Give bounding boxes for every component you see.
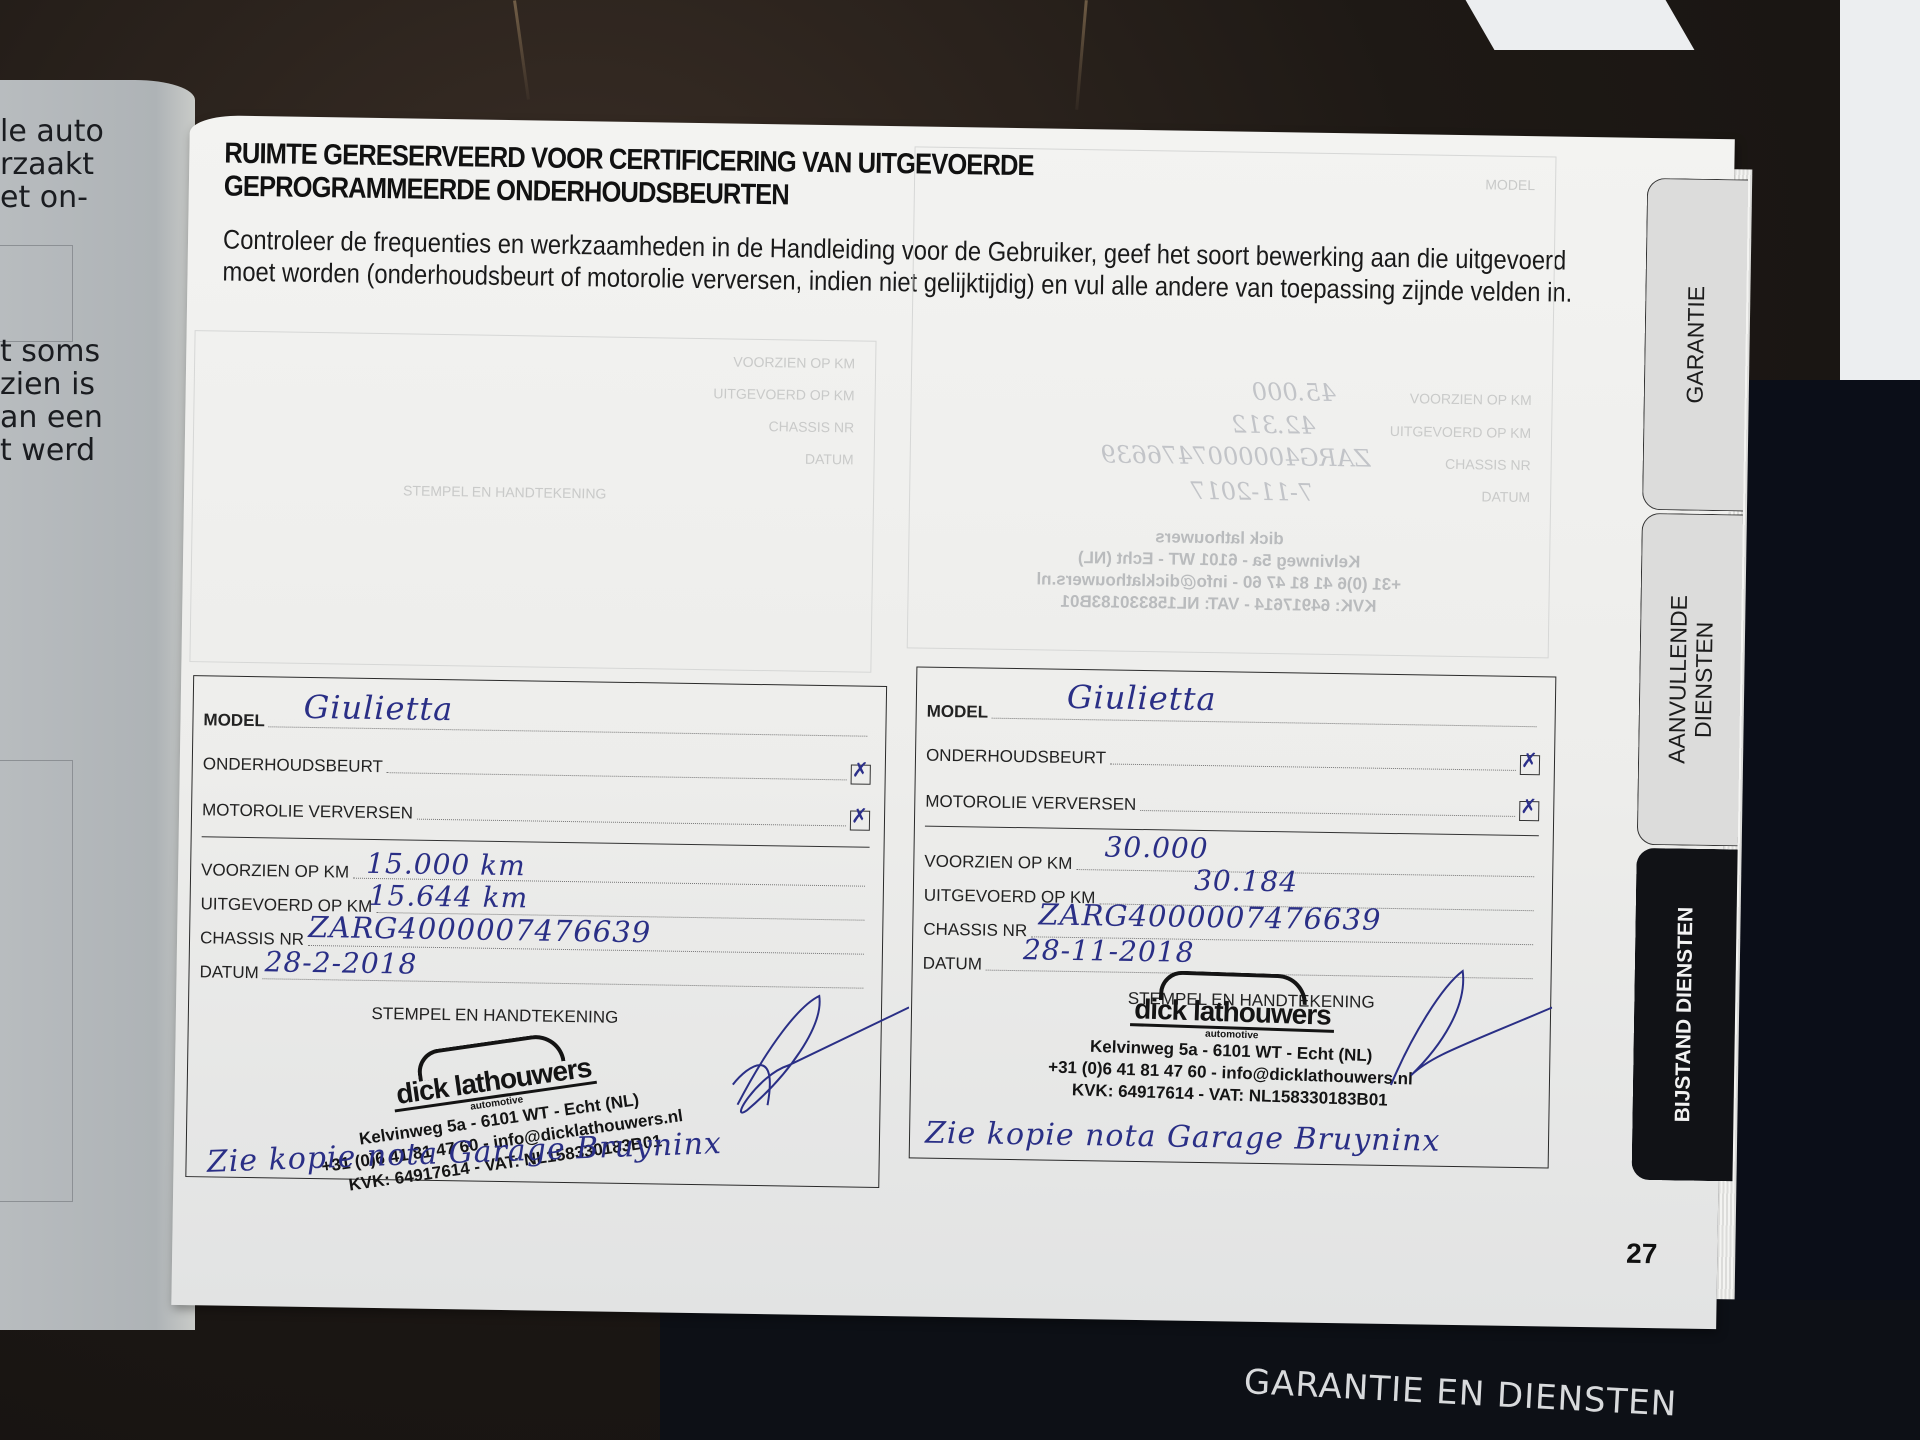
ghost-label: UITGEVOERD OP KM bbox=[713, 385, 855, 403]
ghost-label: DATUM bbox=[805, 451, 854, 468]
datum-label: DATUM bbox=[923, 954, 982, 975]
model-row: MODEL bbox=[927, 698, 1541, 732]
ghost-handwriting: ZARG4000007476639 bbox=[1101, 440, 1371, 472]
uitgevoerd-value: 15.644 km bbox=[369, 879, 529, 914]
motorolie-row: MOTOROLIE VERVERSEN ✗ bbox=[202, 796, 870, 830]
tab-label: AANVULLENDE DIENSTEN bbox=[1663, 595, 1718, 765]
voorzien-value: 15.000 km bbox=[366, 847, 526, 882]
ghost-form-left: VOORZIEN OP KM UITGEVOERD OP KM CHASSIS … bbox=[189, 330, 876, 673]
ghost-label: UITGEVOERD OP KM bbox=[1390, 423, 1532, 441]
tab-aanvullende-diensten[interactable]: AANVULLENDE DIENSTEN bbox=[1637, 513, 1743, 847]
motorolie-checkbox[interactable]: ✗ bbox=[1519, 801, 1539, 821]
marble-vein bbox=[1075, 0, 1088, 110]
left-page-box bbox=[0, 245, 73, 342]
ghost-label: STEMPEL EN HANDTEKENING bbox=[403, 482, 607, 501]
voorzien-label: VOORZIEN OP KM bbox=[924, 852, 1072, 874]
ghost-label: CHASSIS NR bbox=[768, 418, 854, 435]
divider bbox=[925, 826, 1539, 837]
left-page: le auto rzaakt et on- t soms zien is an … bbox=[0, 80, 195, 1330]
datum-value: 28-2-2018 bbox=[264, 945, 417, 980]
check-icon: ✗ bbox=[852, 759, 869, 779]
ghost-label: VOORZIEN OP KM bbox=[1410, 390, 1532, 408]
ghost-label: CHASSIS NR bbox=[1445, 456, 1531, 473]
voorzien-label: VOORZIEN OP KM bbox=[201, 860, 349, 882]
check-icon: ✗ bbox=[1520, 796, 1537, 816]
ghost-label: MODEL bbox=[1485, 176, 1535, 193]
datum-value: 28-11-2018 bbox=[1023, 933, 1195, 969]
tab-bijstand-diensten[interactable]: BIJSTAND DIENSTEN bbox=[1631, 848, 1737, 1182]
model-label: MODEL bbox=[927, 702, 989, 723]
tab-garantie[interactable]: GARANTIE bbox=[1642, 178, 1748, 512]
signature bbox=[707, 984, 909, 1127]
divider bbox=[202, 836, 870, 847]
motorolie-checkbox[interactable]: ✗ bbox=[850, 810, 870, 830]
voorzien-row: VOORZIEN OP KM bbox=[201, 856, 869, 890]
chassis-value: ZARG4000007476639 bbox=[308, 910, 651, 949]
marble-vein bbox=[513, 0, 530, 99]
note-value: Zie kopie nota Garage Bruyninx bbox=[925, 1116, 1441, 1159]
model-row: MODEL bbox=[203, 706, 871, 740]
ghost-label: VOORZIEN OP KM bbox=[733, 354, 855, 372]
motorolie-label: MOTOROLIE VERVERSEN bbox=[925, 792, 1136, 815]
signature bbox=[1371, 965, 1553, 1098]
model-label: MODEL bbox=[203, 710, 265, 731]
voorzien-value: 30.000 bbox=[1104, 830, 1208, 865]
onderhoudsbeurt-checkbox[interactable]: ✗ bbox=[851, 764, 871, 784]
onderhoudsbeurt-label: ONDERHOUDSBEURT bbox=[926, 746, 1106, 769]
ghost-label: DATUM bbox=[1481, 488, 1530, 505]
onderhoudsbeurt-checkbox[interactable]: ✗ bbox=[1520, 755, 1540, 775]
left-page-text: le auto rzaakt et on- bbox=[0, 115, 104, 214]
left-page-box bbox=[0, 760, 73, 1202]
chassis-label: CHASSIS NR bbox=[923, 920, 1027, 942]
maintenance-form-2: Giulietta MODEL ONDERHOUDSBEURT ✗ MOTORO… bbox=[909, 666, 1557, 1168]
ghost-stamp: dick lathouwers Kelvinweg 5a - 6101 WT -… bbox=[1028, 524, 1409, 618]
document-page: RUIMTE GERESERVEERD VOOR CERTIFICERING V… bbox=[171, 115, 1735, 1329]
motorolie-label: MOTOROLIE VERVERSEN bbox=[202, 800, 413, 823]
uitgevoerd-value: 30.184 bbox=[1194, 864, 1298, 899]
garage-stamp: dick lathouwers automotive Kelvinweg 5a … bbox=[280, 1012, 715, 1204]
ghost-handwriting: 42.312 bbox=[1231, 410, 1315, 439]
page-number: 27 bbox=[1626, 1238, 1658, 1270]
background-paper bbox=[1840, 0, 1920, 400]
onderhoudsbeurt-label: ONDERHOUDSBEURT bbox=[203, 754, 383, 777]
onderhoudsbeurt-row: ONDERHOUDSBEURT ✗ bbox=[203, 750, 871, 784]
check-icon: ✗ bbox=[851, 805, 868, 825]
datum-label: DATUM bbox=[199, 962, 258, 983]
ghost-form-right: MODEL VOORZIEN OP KM UITGEVOERD OP KM CH… bbox=[907, 146, 1557, 658]
background-paper bbox=[1466, 0, 1695, 50]
tab-label: BIJSTAND DIENSTEN bbox=[1670, 907, 1699, 1123]
left-page-text: t soms zien is an een t werd bbox=[0, 335, 103, 467]
tab-label: GARANTIE bbox=[1682, 286, 1710, 404]
check-icon: ✗ bbox=[1521, 750, 1538, 770]
onderhoudsbeurt-row: ONDERHOUDSBEURT ✗ bbox=[926, 742, 1540, 776]
ghost-handwriting: 7-11-2017 bbox=[1190, 477, 1314, 507]
chassis-value: ZARG4000007476639 bbox=[1038, 897, 1381, 936]
maintenance-form-1: Giulietta MODEL ONDERHOUDSBEURT ✗ MOTORO… bbox=[185, 675, 887, 1188]
motorolie-row: MOTOROLIE VERVERSEN ✗ bbox=[925, 788, 1539, 822]
ghost-handwriting: 45.000 bbox=[1252, 378, 1336, 407]
